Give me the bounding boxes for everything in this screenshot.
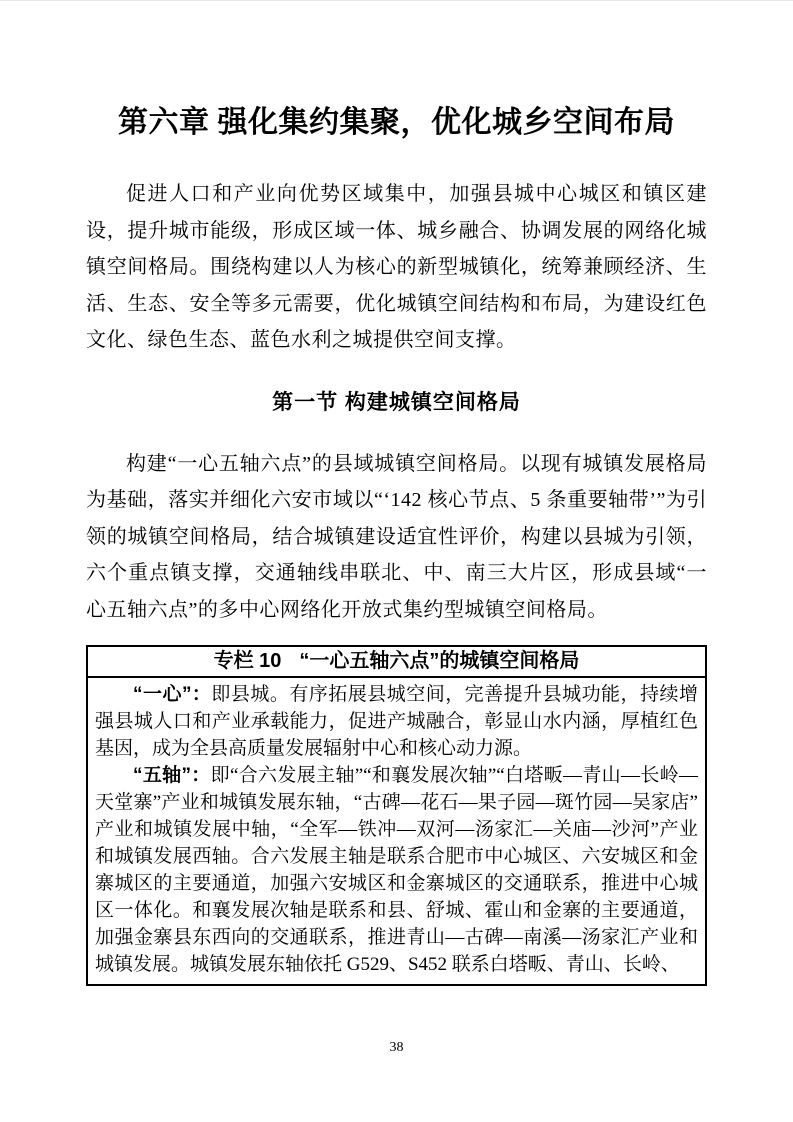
box-paragraph-yixin-lead: “一心”： <box>133 684 211 705</box>
box-paragraph-yixin: “一心”：即县城。有序拓展县城空间，完善提升县城功能，持续增强县城人口和产业承载… <box>95 681 698 762</box>
section-heading: 第一节 构建城镇空间格局 <box>86 390 707 416</box>
column-box: 专栏 10 “一心五轴六点”的城镇空间格局 “一心”：即县城。有序拓展县城空间，… <box>86 645 707 986</box>
document-page: 第六章 强化集约集聚，优化城乡空间布局 促进人口和产业向优势区域集中，加强县城中… <box>0 0 793 1122</box>
chapter-title: 第六章 强化集约集聚，优化城乡空间布局 <box>86 103 707 143</box>
box-paragraph-wuzhou-text: 即“合六发展主轴”“和襄发展次轴”“白塔畈—青山—长岭—天堂寨”产业和城镇发展东… <box>95 765 698 975</box>
box-paragraph-wuzhou-lead: “五轴”： <box>133 765 211 786</box>
column-box-title: “一心五轴六点”的城镇空间格局 <box>299 649 579 673</box>
column-box-label: 专栏 10 <box>214 649 282 673</box>
column-box-body: “一心”：即县城。有序拓展县城空间，完善提升县城功能，持续增强县城人口和产业承载… <box>88 678 705 984</box>
intro-paragraph: 促进人口和产业向优势区域集中，加强县城中心城区和镇区建设，提升城市能级，形成区域… <box>86 176 707 359</box>
column-box-header: 专栏 10 “一心五轴六点”的城镇空间格局 <box>88 647 705 678</box>
page-number: 38 <box>0 1039 793 1057</box>
section-paragraph: 构建“一心五轴六点”的县域城镇空间格局。以现有城镇发展格局为基础，落实并细化六安… <box>86 446 707 629</box>
box-paragraph-wuzhou: “五轴”：即“合六发展主轴”“和襄发展次轴”“白塔畈—青山—长岭—天堂寨”产业和… <box>95 762 698 978</box>
